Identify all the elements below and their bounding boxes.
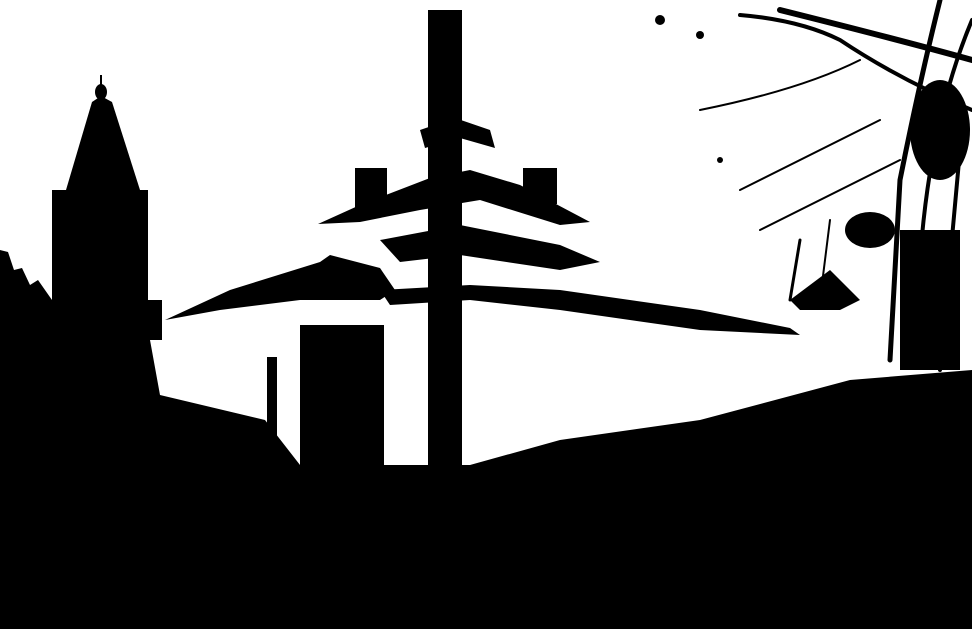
utility-pole: [428, 10, 462, 465]
doorway: [300, 325, 384, 465]
photograph: [0, 0, 972, 629]
